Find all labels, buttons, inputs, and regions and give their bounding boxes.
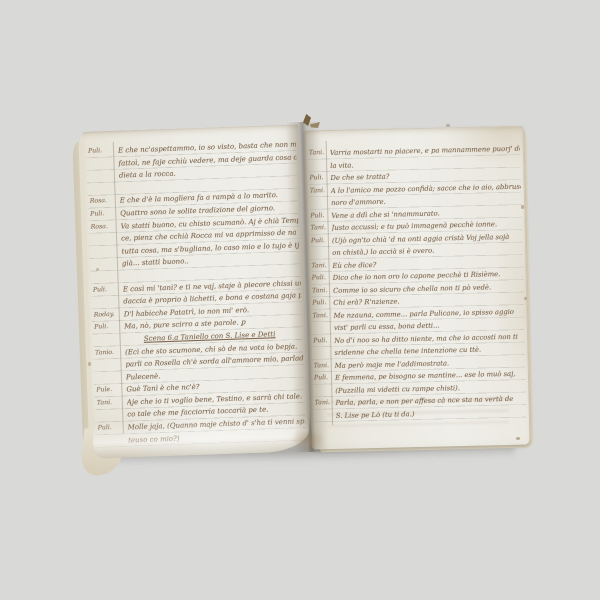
speaker-label: Puli. [313,372,332,385]
speaker-label: Tani. [95,396,124,410]
foxing-speck [516,437,520,440]
spine-thread [303,114,311,126]
dialogue-lines: Parla, parla, e non per affesa cà nce st… [332,393,526,422]
speaker-label: Tani. [313,397,332,410]
foxing-speck [446,124,450,127]
foxing-speck [96,268,99,271]
manuscript-photo: Photograph of an open antique notebook c… [0,0,600,600]
dialogue-entry: Puli.E che nc'aspettammo, io so visto, b… [86,138,297,183]
speaker-label: Tani. [309,222,328,235]
dialogue-line: teuso co mio?) [128,428,306,447]
gutter-stain [284,432,330,458]
right-page: Tani.Varria mostarti no piacere, e pa ma… [304,126,530,450]
speaker-label: Tani. [311,284,330,297]
dialogue-entry: Tani.Parla, parla, e non per affesa cà n… [313,393,526,423]
dialogue-lines: (Ecì che sto scumone, chi sò de na vota … [122,340,304,384]
foxing-speck [521,205,524,209]
dialogue-lines: E che nc'aspettammo, io so visto, basta … [115,138,297,182]
speaker-label: Roday. [92,308,121,322]
speaker-label: Tani. [313,359,332,372]
speaker-label: Puli. [308,172,327,185]
dialogue-lines: Molle jaja, (Quanno maje chisto d' s'ha … [124,415,306,446]
right-page-text: Tani.Varria mostarti no piacere, e pa ma… [308,143,526,423]
speaker-label: Tanio. [93,346,122,360]
speaker-label: Tani. [308,147,327,160]
speaker-label: Puli. [88,208,117,222]
foxing-speck [524,297,527,300]
speaker-label: Tani. [309,185,328,198]
spine-thread [310,122,320,128]
speaker-label: Rosa. [88,195,117,209]
speaker-label: Puli. [96,422,125,436]
speaker-label: Puli. [91,283,120,297]
speaker-label: Rosa. [88,220,117,234]
speaker-label: Puli. [86,145,115,159]
dialogue-lines: Va statti buono, cu chisto scumanò. Aj è… [117,214,300,271]
speaker-label: Puli. [309,210,328,223]
speaker-label: Pule. [94,384,123,398]
left-page-text: Puli.E che nc'aspettammo, io so visto, b… [86,138,306,447]
dialogue-entry: Rosa.Va statti buono, cu chisto scumanò.… [88,214,300,272]
dialogue-line: S. Lise pe Lò (tu ti da.) [336,405,526,422]
speaker-label: Puli. [311,297,330,310]
open-notebook: Puli.E che nc'aspettammo, io so visto, b… [0,0,600,600]
left-page: Puli.E che nc'aspettammo, io so visto, b… [82,124,309,458]
speaker-label: Tani. [311,309,330,322]
speaker-label: Puli. [312,334,331,347]
foxing-speck [88,362,91,366]
speaker-label: Puli. [310,234,329,247]
speaker-label: Puli. [311,272,330,285]
speaker-label: Tani. [310,259,329,272]
speaker-label: Puli. [92,321,121,335]
